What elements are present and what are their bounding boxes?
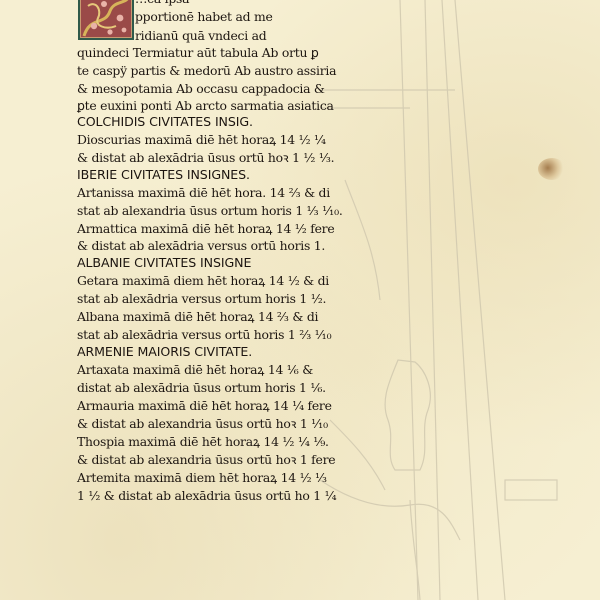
foliage-ornament-icon: [80, 0, 132, 38]
text-line: te caspÿ partis & medorū Ab austro assir…: [77, 62, 336, 80]
text-line: stat ab alexādria versus ortū horis 1 ⅔ …: [77, 326, 331, 344]
text-line: Albana maximā diē hēt horaꝝ 14 ⅔ & di: [77, 308, 318, 326]
section-heading-albania: ALBANIE CIVITATES INSIGNE: [77, 254, 251, 272]
text-line: ridianū quā vndeci ad: [135, 27, 266, 45]
text-line: Artemita maximā diem hēt horaꝝ 14 ½ ⅓: [77, 469, 327, 487]
text-line: Artanissa maximā diē hēt hora. 14 ⅔ & di: [77, 184, 330, 202]
foxing-stain: [538, 158, 566, 180]
text-line: Armauria maximā diē hēt horaꝝ 14 ¼ fere: [77, 397, 332, 415]
text-line: Thospia maximā diē hēt horaꝝ 14 ½ ¼ ⅑.: [77, 433, 329, 451]
text-line: & distat ab alexādria ūsus ortū hoꝛ 1 ½ …: [77, 149, 334, 167]
text-line: pportionē habet ad me: [135, 8, 273, 26]
text-line: quindeci Termiatur aūt tabula Ab ortu ꝑ: [77, 44, 319, 62]
text-line: & distat ab alexandria ūsus ortū hoꝛ 1 f…: [77, 451, 335, 469]
text-line: Artaxata maximā diē hēt horaꝝ 14 ⅙ &: [77, 361, 313, 379]
section-heading-armenia: ARMENIE MAIORIS CIVITATE.: [77, 343, 252, 361]
manuscript-page: …ca ipsa pportionē habet ad me ridianū q…: [0, 0, 600, 600]
text-line: distat ab alexādria ūsus ortum horis 1 ⅙…: [77, 379, 326, 397]
section-heading-iberia: IBERIE CIVITATES INSIGNES.: [77, 166, 250, 184]
illuminated-initial: [78, 0, 134, 40]
text-line: stat ab alexādria versus ortum horis 1 ½…: [77, 290, 326, 308]
text-line: & distat ab alexādria versus ortū horis …: [77, 237, 325, 255]
text-line: & distat ab alexandria ūsus ortū hoꝛ 1 ⅒: [77, 415, 328, 433]
text-line: Dioscurias maximā diē hēt horaꝝ 14 ½ ¼: [77, 131, 326, 149]
section-heading-colchis: COLCHIDIS CIVITATES INSIG.: [77, 113, 253, 131]
text-line: …ca ipsa: [135, 0, 189, 8]
text-line: Armattica maximā diē hēt horaꝝ 14 ½ fere: [77, 220, 334, 238]
text-line: Getara maximā diem hēt horaꝝ 14 ½ & di: [77, 272, 329, 290]
text-line: & mesopotamia Ab occasu cappadocia &: [77, 80, 325, 98]
text-line: 1 ½ & distat ab alexādria ūsus ortū ho 1…: [77, 487, 336, 505]
text-line: stat ab alexandria ūsus ortum horis 1 ⅓ …: [77, 202, 343, 220]
